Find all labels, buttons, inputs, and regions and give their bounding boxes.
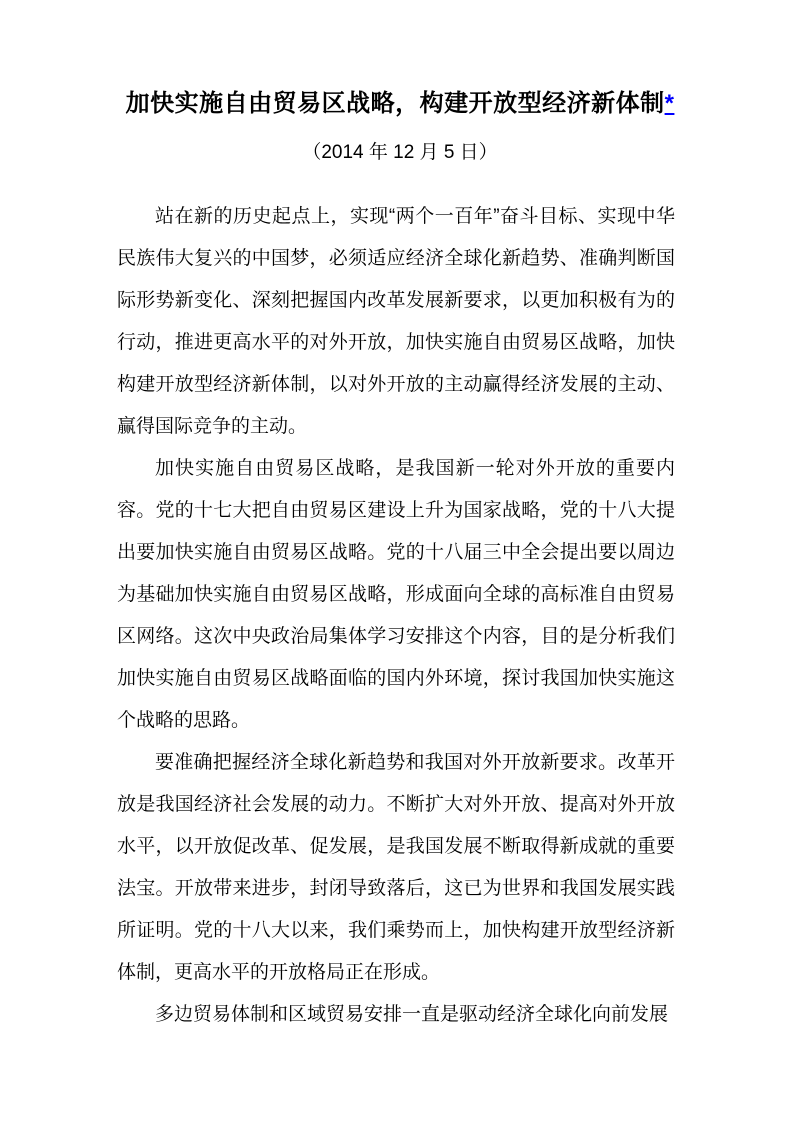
paragraph: 要准确把握经济全球化新趋势和我国对外开放新要求。改革开放是我国经济社会发展的动力… (117, 742, 675, 994)
document-title: 加快实施自由贸易区战略，构建开放型经济新体制* (58, 88, 742, 120)
paragraph: 多边贸易体制和区域贸易安排一直是驱动经济全球化向前发展 (117, 994, 675, 1036)
document-page: 加快实施自由贸易区战略，构建开放型经济新体制* （2014 年 12 月 5 日… (0, 0, 800, 1130)
paragraph: 加快实施自由贸易区战略，是我国新一轮对外开放的重要内容。党的十七大把自由贸易区建… (117, 448, 675, 742)
document-body: 站在新的历史起点上，实现“两个一百年”奋斗目标、实现中华民族伟大复兴的中国梦，必… (117, 196, 675, 1036)
document-date: （2014 年 12 月 5 日） (0, 140, 800, 166)
paragraph: 站在新的历史起点上，实现“两个一百年”奋斗目标、实现中华民族伟大复兴的中国梦，必… (117, 196, 675, 448)
document-title-text: 加快实施自由贸易区战略，构建开放型经济新体制 (126, 90, 665, 117)
footnote-asterisk-link[interactable]: * (665, 90, 675, 117)
